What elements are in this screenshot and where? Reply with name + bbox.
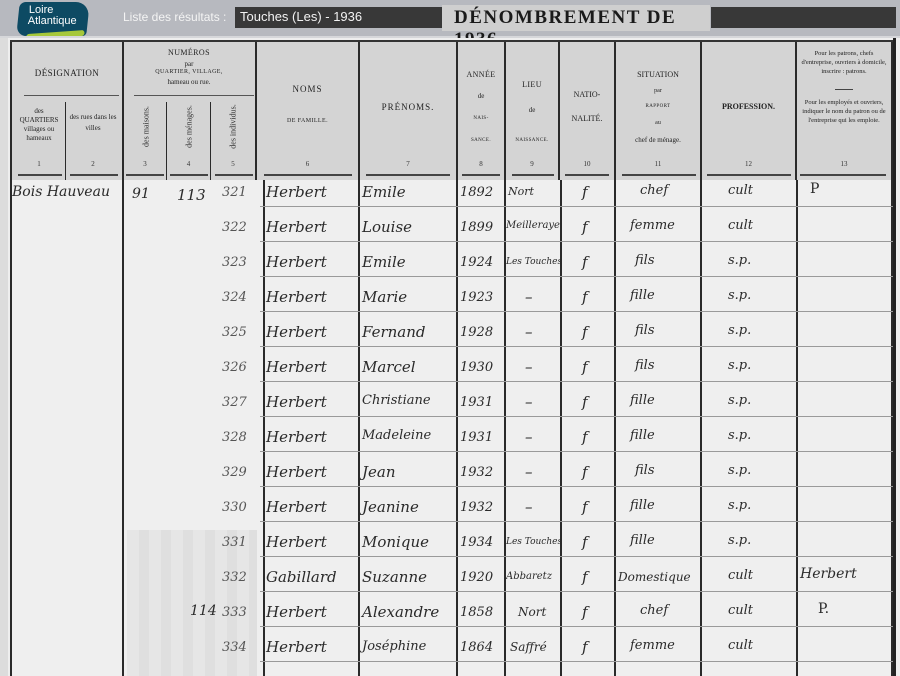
header-annee-sance: SANCE.	[458, 138, 504, 143]
cell-individu: 323	[222, 255, 247, 270]
cell-situation: fils	[635, 323, 655, 338]
row-rule	[260, 661, 893, 662]
cell-annee: 1920	[460, 570, 493, 585]
cell-nom: Herbert	[266, 463, 327, 481]
rule	[800, 174, 886, 176]
header-numeros-par: par	[124, 60, 254, 68]
cell-nom: Herbert	[266, 603, 327, 621]
header-annee: ANNÉE	[458, 70, 504, 79]
cell-annee: 1932	[460, 465, 493, 480]
cell-lieu: Nort	[518, 605, 546, 619]
cell-situation: femme	[630, 218, 675, 233]
header-employes-note: Pour les employés et ouvriers, indiquer …	[800, 98, 888, 125]
rule	[18, 174, 62, 176]
cell-nom: Herbert	[266, 358, 327, 376]
cell-situation: fille	[630, 498, 655, 513]
cell-nom: Herbert	[266, 288, 327, 306]
cell-annee: 1931	[460, 430, 493, 445]
cell-individu: 324	[222, 290, 247, 305]
rule	[512, 174, 554, 176]
cell-nationalite: f	[582, 603, 588, 621]
cell-annee: 1858	[460, 605, 493, 620]
rule	[835, 89, 853, 90]
col-number-6: 6	[257, 160, 358, 168]
row-rule	[260, 346, 893, 347]
col-number-1: 1	[16, 160, 62, 168]
cell-annee: 1892	[460, 185, 493, 200]
cell-annee: 1928	[460, 325, 493, 340]
cell-individu: 321	[222, 185, 247, 200]
header-situation: SITUATION	[616, 70, 700, 79]
cell-lieu: –	[525, 288, 533, 306]
cell-prenom: Madeleine	[362, 428, 431, 443]
cell-profession: cult	[728, 218, 753, 233]
document-scan-viewer[interactable]: DÉSIGNATION des QUARTIERS villages ou ha…	[0, 38, 900, 676]
divider	[795, 42, 797, 182]
cell-patron: Herbert	[800, 566, 857, 582]
cell-situation: fille	[630, 533, 655, 548]
cell-maison: 91	[132, 186, 150, 202]
divider	[122, 180, 124, 676]
cell-individu: 334	[222, 640, 247, 655]
rule	[707, 174, 791, 176]
cell-lieu: Les Touches	[506, 537, 562, 547]
cell-annee: 1932	[460, 500, 493, 515]
cell-situation: chef	[640, 183, 668, 198]
cell-situation: Domestique	[618, 570, 691, 584]
cell-lieu: –	[525, 323, 533, 341]
cell-lieu: –	[525, 358, 533, 376]
cell-patron: P	[810, 181, 819, 197]
header-situation-rapport: RAPPORT	[616, 104, 700, 109]
header-numeros-quartier: QUARTIER, VILLAGE,	[124, 69, 254, 75]
rule	[24, 95, 119, 96]
col-number-8: 8	[458, 160, 504, 168]
cell-nom: Herbert	[266, 428, 327, 446]
row-rule	[260, 381, 893, 382]
cell-nationalite: f	[582, 463, 588, 481]
row-rule	[260, 276, 893, 277]
cell-nom: Herbert	[266, 498, 327, 516]
cell-individu: 331	[222, 535, 247, 550]
cell-annee: 1931	[460, 395, 493, 410]
cell-lieu: Les Touches	[506, 257, 562, 267]
scan-right-border	[893, 38, 896, 676]
header-col3-maisons: des maisons.	[142, 97, 151, 157]
cell-individu: 332	[222, 570, 247, 585]
rule	[462, 174, 500, 176]
rule	[366, 174, 450, 176]
divider	[10, 42, 12, 182]
cell-nationalite: f	[582, 323, 588, 341]
cell-individu: 326	[222, 360, 247, 375]
cell-patron: P.	[818, 601, 829, 617]
col-number-10: 10	[560, 160, 614, 168]
row-rule	[260, 556, 893, 557]
results-selector[interactable]: Touches (Les) - 1936	[235, 7, 442, 28]
cell-prenom: Joséphine	[362, 639, 426, 654]
top-bar: Loire Atlantique Liste des résultats : T…	[0, 0, 900, 38]
header-prenoms: PRÉNOMS.	[360, 102, 456, 112]
header-noms: NOMS	[257, 84, 358, 94]
col-number-13: 13	[800, 160, 888, 168]
rule	[565, 174, 609, 176]
cell-lieu: Saffré	[510, 640, 547, 654]
divider	[456, 180, 458, 676]
row-rule	[260, 521, 893, 522]
rule	[70, 174, 118, 176]
cell-annee: 1864	[460, 640, 493, 655]
cell-lieu: Abbaretz	[506, 571, 552, 582]
cell-prenom: Emile	[362, 183, 406, 201]
divider	[10, 180, 12, 676]
cell-profession: cult	[728, 638, 753, 653]
logo-line-2: Atlantique	[28, 16, 77, 27]
cell-situation: fils	[635, 358, 655, 373]
divider	[560, 180, 562, 676]
cell-prenom: Jeanine	[362, 498, 419, 516]
cell-situation: fille	[630, 288, 655, 303]
col-number-3: 3	[124, 160, 166, 168]
cell-prenom: Monique	[362, 533, 429, 551]
cell-annee: 1924	[460, 255, 493, 270]
cell-nationalite: f	[582, 253, 588, 271]
cell-profession: s.p.	[728, 253, 751, 268]
cell-prenom: Emile	[362, 253, 406, 271]
col-number-2: 2	[68, 160, 118, 168]
cell-situation: fille	[630, 393, 655, 408]
col-number-7: 7	[360, 160, 456, 168]
divider	[358, 180, 360, 676]
cell-prenom: Jean	[362, 463, 396, 481]
divider	[65, 102, 66, 182]
rule	[622, 174, 696, 176]
cell-individu: 322	[222, 220, 247, 235]
col-number-11: 11	[616, 160, 700, 168]
cell-prenom: Fernand	[362, 323, 426, 341]
header-situation-par: par	[616, 88, 700, 94]
header-annee-nais: NAIS-	[458, 116, 504, 121]
results-label: Liste des résultats :	[123, 10, 226, 24]
row-rule	[260, 416, 893, 417]
divider	[210, 102, 211, 182]
cell-situation: fille	[630, 428, 655, 443]
row-rule	[260, 591, 893, 592]
row-rule	[260, 241, 893, 242]
header-numeros: NUMÉROS	[124, 48, 254, 57]
cell-prenom: Alexandre	[362, 603, 439, 621]
cell-profession: s.p.	[728, 498, 751, 513]
table-header: DÉSIGNATION des QUARTIERS villages ou ha…	[10, 40, 893, 180]
cell-quartier: Bois Hauveau	[12, 184, 110, 200]
document-title: DÉNOMBREMENT DE 1936.	[442, 5, 710, 31]
cell-prenom: Louise	[362, 218, 412, 236]
row-rule	[260, 311, 893, 312]
rule	[126, 174, 164, 176]
cell-annee: 1930	[460, 360, 493, 375]
cell-nationalite: f	[582, 183, 588, 201]
cell-profession: s.p.	[728, 463, 751, 478]
census-rows: Bois Hauveau 91 113 321 Herbert Emile 18…	[10, 180, 893, 676]
cell-nationalite: f	[582, 428, 588, 446]
cell-lieu: –	[525, 498, 533, 516]
cell-nom: Herbert	[266, 393, 327, 411]
cell-individu: 333	[222, 605, 247, 620]
cell-individu: 330	[222, 500, 247, 515]
title-bar-filler	[711, 7, 896, 28]
cell-individu: 325	[222, 325, 247, 340]
header-nationalite-1: NATIO-	[560, 90, 614, 99]
cell-profession: s.p.	[728, 288, 751, 303]
loire-atlantique-logo[interactable]: Loire Atlantique	[16, 2, 90, 36]
cell-annee: 1934	[460, 535, 493, 550]
cell-lieu: –	[525, 463, 533, 481]
cell-prenom: Marcel	[362, 358, 416, 376]
cell-profession: s.p.	[728, 428, 751, 443]
cell-profession: cult	[728, 183, 753, 198]
cell-lieu: Meilleraye	[506, 220, 560, 231]
cell-menage: 113	[177, 186, 206, 204]
cell-nationalite: f	[582, 498, 588, 516]
cell-situation: fils	[635, 253, 655, 268]
scan-left-margin	[0, 38, 8, 676]
cell-nationalite: f	[582, 358, 588, 376]
header-col2-rues: des rues dans les villes	[68, 112, 118, 134]
header-col4-menages: des ménages.	[185, 97, 194, 157]
cell-nationalite: f	[582, 288, 588, 306]
cell-prenom: Marie	[362, 288, 407, 306]
divider	[504, 180, 506, 676]
cell-individu: 329	[222, 465, 247, 480]
cell-profession: s.p.	[728, 533, 751, 548]
cell-nationalite: f	[582, 568, 588, 586]
header-annee-de: de	[458, 92, 504, 100]
cell-nationalite: f	[582, 393, 588, 411]
divider	[796, 180, 798, 676]
header-situation-au: au	[616, 120, 700, 126]
cell-situation: fils	[635, 463, 655, 478]
header-noms-famille: DE FAMILLE.	[257, 118, 358, 124]
cell-individu: 327	[222, 395, 247, 410]
row-rule	[260, 206, 893, 207]
cell-menage: 114	[190, 603, 217, 619]
rule	[215, 174, 253, 176]
cell-situation: chef	[640, 603, 668, 618]
divider	[614, 180, 616, 676]
divider	[263, 180, 265, 676]
divider	[166, 102, 167, 182]
header-situation-chef: chef de ménage.	[616, 136, 700, 144]
cell-nom: Herbert	[266, 218, 327, 236]
row-rule	[260, 626, 893, 627]
header-profession: PROFESSION.	[702, 102, 795, 111]
cell-nationalite: f	[582, 218, 588, 236]
col-number-9: 9	[506, 160, 558, 168]
header-lieu-de: de	[506, 106, 558, 114]
cell-annee: 1899	[460, 220, 493, 235]
cell-situation: femme	[630, 638, 675, 653]
cell-nationalite: f	[582, 638, 588, 656]
cell-profession: cult	[728, 603, 753, 618]
cell-profession: s.p.	[728, 323, 751, 338]
cell-nom: Herbert	[266, 323, 327, 341]
cell-individu: 328	[222, 430, 247, 445]
cell-prenom: Christiane	[362, 393, 431, 408]
cell-lieu: –	[525, 428, 533, 446]
cell-nom: Herbert	[266, 533, 327, 551]
cell-nom: Herbert	[266, 638, 327, 656]
cell-lieu: –	[525, 393, 533, 411]
cell-annee: 1923	[460, 290, 493, 305]
col-number-5: 5	[211, 160, 255, 168]
divider	[700, 180, 702, 676]
rule	[170, 174, 208, 176]
cell-nom: Herbert	[266, 253, 327, 271]
rule	[264, 174, 352, 176]
header-numeros-hameau: hameau ou rue.	[124, 78, 254, 86]
col-number-4: 4	[167, 160, 210, 168]
header-nationalite-2: NALITÉ.	[560, 114, 614, 123]
cell-nom: Herbert	[266, 183, 327, 201]
header-patrons-note: Pour les patrons, chefs d'entreprise, ou…	[800, 49, 888, 76]
header-col5-individus: des individus.	[229, 97, 238, 157]
cell-lieu: Nort	[508, 185, 534, 198]
cell-prenom: Suzanne	[362, 568, 427, 586]
cell-profession: s.p.	[728, 393, 751, 408]
header-lieu: LIEU	[506, 80, 558, 89]
cell-nom: Gabillard	[266, 568, 337, 586]
header-col1-quartiers: des QUARTIERS villages ou hameaux	[16, 107, 62, 143]
header-lieu-naissance: NAISSANCE.	[506, 138, 558, 143]
row-rule	[260, 451, 893, 452]
col-number-12: 12	[702, 160, 795, 168]
cell-profession: cult	[728, 568, 753, 583]
header-designation: DÉSIGNATION	[12, 68, 122, 78]
row-rule	[260, 486, 893, 487]
cell-profession: s.p.	[728, 358, 751, 373]
cell-nationalite: f	[582, 533, 588, 551]
